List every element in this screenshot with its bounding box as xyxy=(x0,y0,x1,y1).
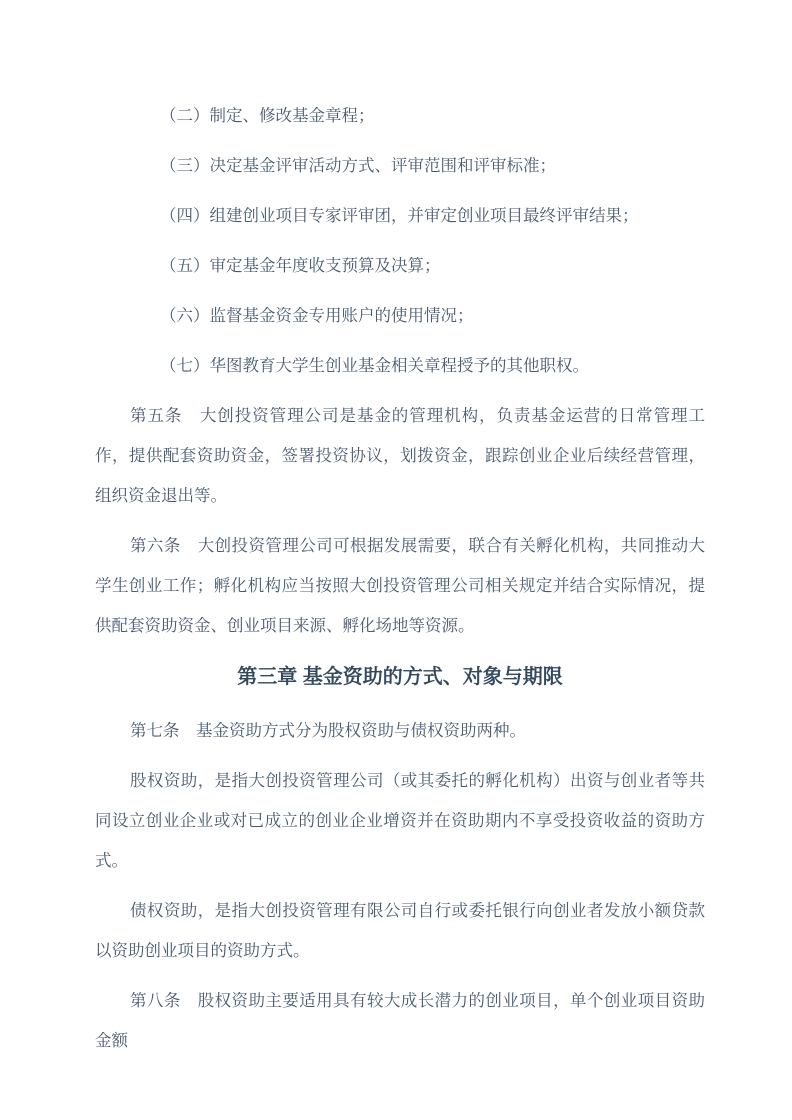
article-5-paragraph: 第五条 大创投资管理公司是基金的管理机构，负责基金运营的日常管理工作，提供配套资… xyxy=(95,396,705,516)
clause-item-6: （六）监督基金资金专用账户的使用情况； xyxy=(95,296,705,336)
document-page: （二）制定、修改基金章程； （三）决定基金评审活动方式、评审范围和评审标准； （… xyxy=(0,0,792,1120)
clause-item-4: （四）组建创业项目专家评审团，并审定创业项目最终评审结果； xyxy=(95,196,705,236)
debt-funding-definition-paragraph: 债权资助，是指大创投资管理有限公司自行或委托银行向创业者发放小额贷款以资助创业项… xyxy=(95,891,705,971)
article-8-paragraph: 第八条 股权资助主要适用具有较大成长潜力的创业项目，单个创业项目资助金额 xyxy=(95,981,705,1061)
clause-item-7: （七）华图教育大学生创业基金相关章程授予的其他职权。 xyxy=(95,346,705,386)
article-6-paragraph: 第六条 大创投资管理公司可根据发展需要，联合有关孵化机构，共同推动大学生创业工作… xyxy=(95,526,705,646)
article-7-paragraph: 第七条 基金资助方式分为股权资助与债权资助两种。 xyxy=(95,711,705,751)
clause-item-2: （二）制定、修改基金章程； xyxy=(95,96,705,136)
clause-item-5: （五）审定基金年度收支预算及决算； xyxy=(95,246,705,286)
equity-funding-definition-paragraph: 股权资助，是指大创投资管理公司（或其委托的孵化机构）出资与创业者等共同设立创业企… xyxy=(95,761,705,881)
clause-item-3: （三）决定基金评审活动方式、评审范围和评审标准； xyxy=(95,146,705,186)
chapter-3-heading: 第三章 基金资助的方式、对象与期限 xyxy=(95,657,705,697)
